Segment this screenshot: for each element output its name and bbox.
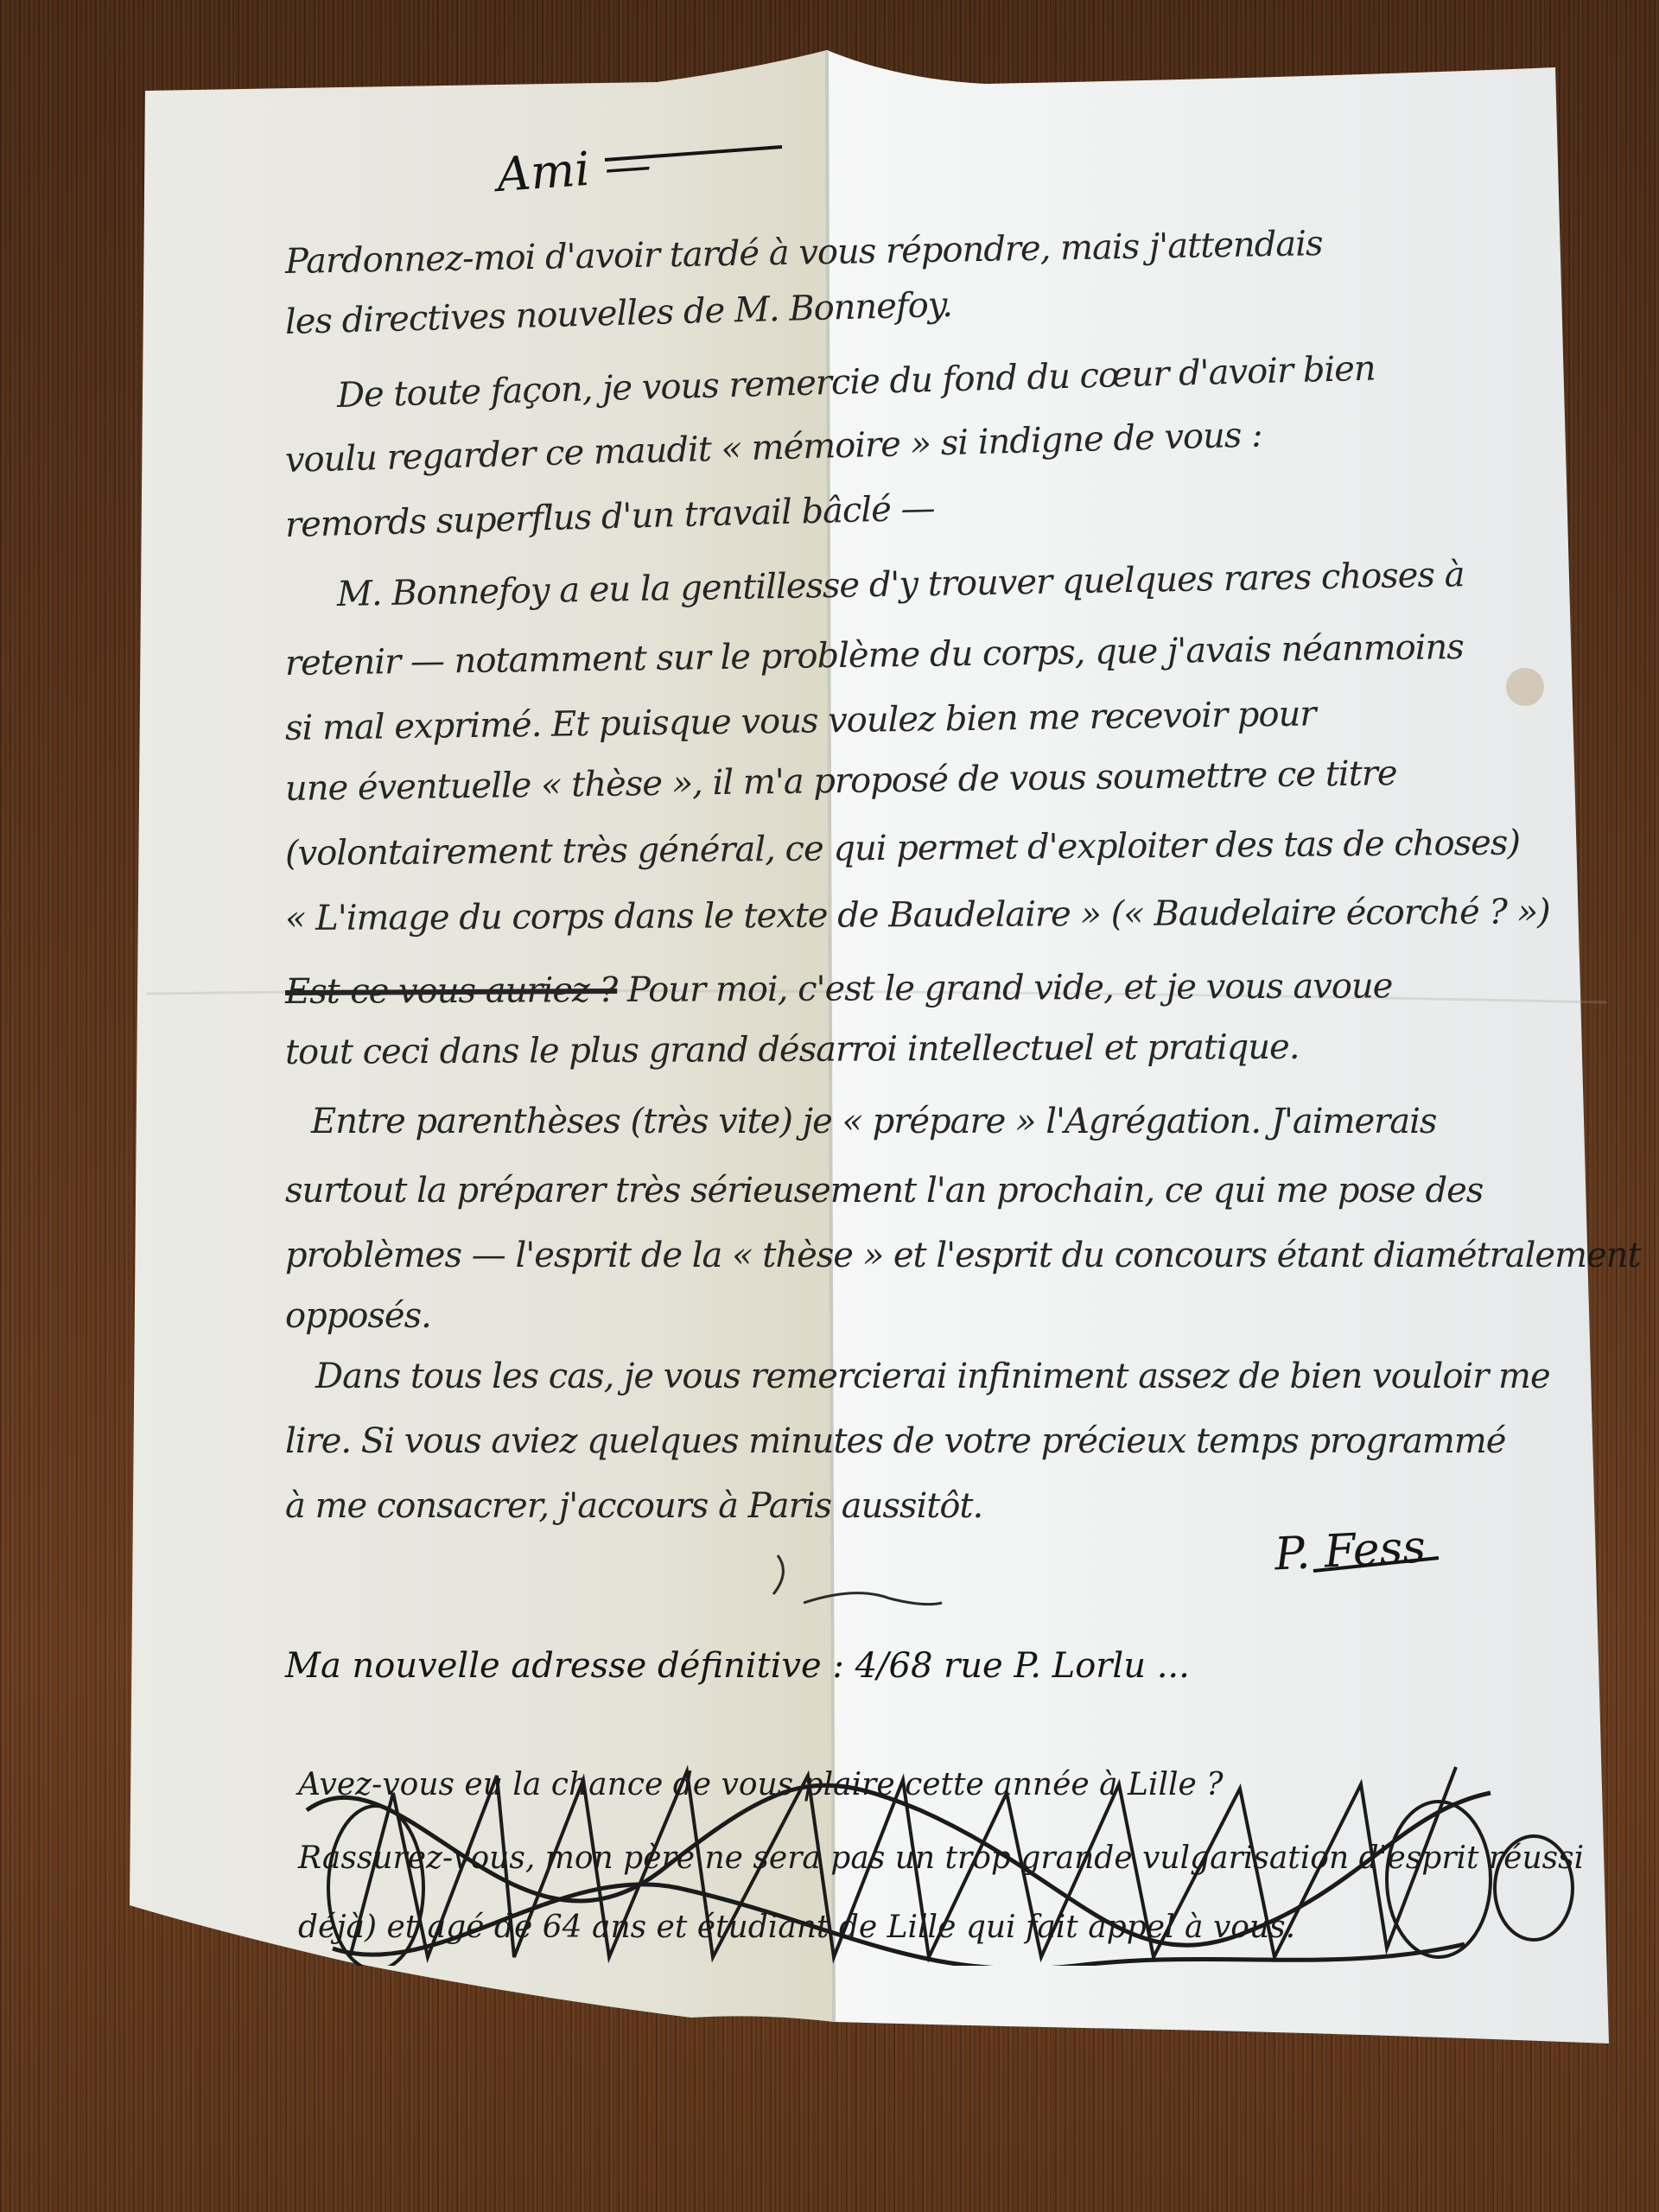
letter-line: problèmes — l'esprit de la « thèse » et … <box>285 1236 1641 1275</box>
letter-line: surtout la préparer très sérieusement l'… <box>285 1171 1483 1211</box>
letter-line: à me consacrer, j'accours à Paris aussit… <box>285 1486 982 1526</box>
salutation: Ami — <box>495 137 653 202</box>
letter-line: tout ceci dans le plus grand désarroi in… <box>285 1027 1300 1072</box>
letter-line: « L'image du corps dans le texte de Baud… <box>285 892 1550 938</box>
signature: P. Fess <box>1274 1521 1427 1580</box>
letter-line-text: Pour moi, c'est le grand vide, et je vou… <box>627 966 1393 1010</box>
crossed-out-paragraph: Avez-vous eu la chance de vous plaire ce… <box>298 1758 1594 1966</box>
letter-line: lire. Si vous aviez quelques minutes de … <box>285 1421 1505 1461</box>
struck-out-text: Est-ce vous auriez ? <box>285 970 617 1012</box>
letter-line: Entre parenthèses (très vite) je « prépa… <box>311 1102 1436 1141</box>
letter-paper: Ami — Pardonnez-moi d'avoir tardé à vous… <box>0 0 1659 2212</box>
scribble-strikeout-icon <box>298 1758 1594 1966</box>
address-line: Ma nouvelle adresse définitive : 4/68 ru… <box>285 1646 1190 1686</box>
letter-line: Dans tous les cas, je vous remercierai i… <box>315 1357 1550 1396</box>
letter-line-with-strike: Est-ce vous auriez ? Pour moi, c'est le … <box>285 966 1393 1012</box>
letter-line: opposés. <box>285 1296 431 1336</box>
